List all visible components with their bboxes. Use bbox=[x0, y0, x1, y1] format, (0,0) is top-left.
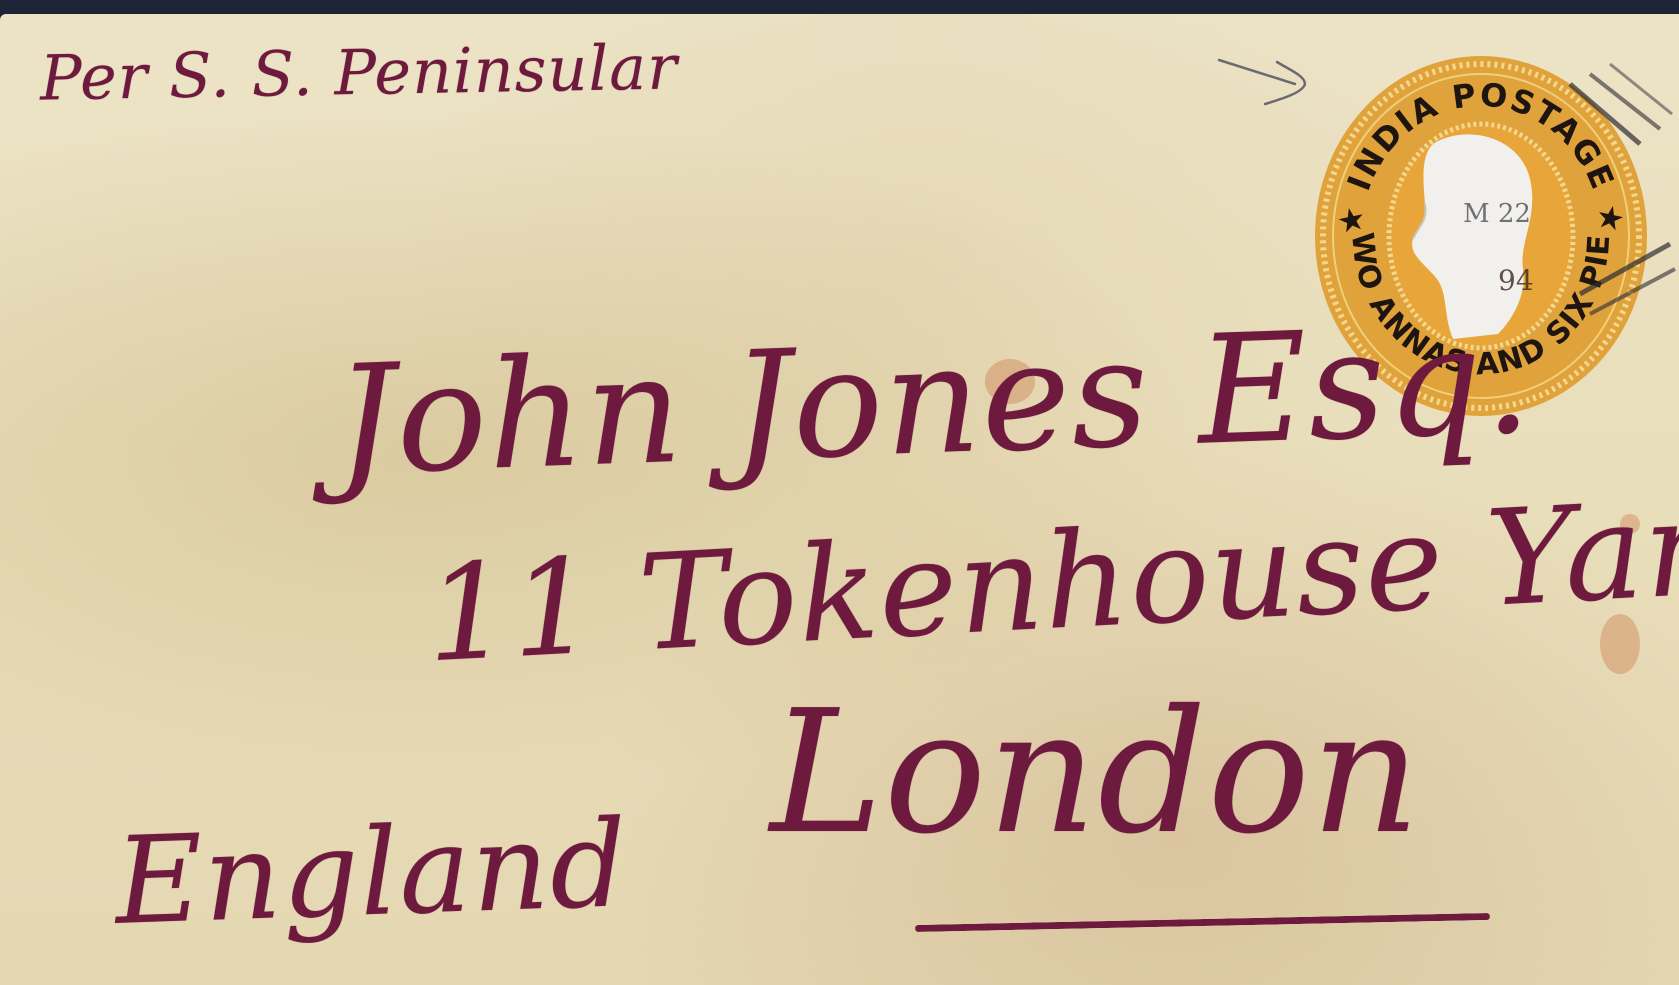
recipient-city: London bbox=[770, 674, 1421, 872]
svg-text:94: 94 bbox=[1498, 264, 1534, 297]
city-underline bbox=[915, 913, 1490, 932]
recipient-name: John Jones Esq. bbox=[332, 293, 1534, 509]
svg-text:M 22: M 22 bbox=[1463, 199, 1531, 229]
arrow-mark-icon bbox=[1215, 54, 1310, 114]
cancellation-lines-icon bbox=[1560, 54, 1679, 354]
recipient-country: England bbox=[113, 795, 630, 952]
ship-endorsement: Per S. S. Peninsular bbox=[39, 30, 678, 114]
envelope: Per S. S. Peninsular ★ INDIA POSTAGE ★ T… bbox=[0, 14, 1679, 985]
